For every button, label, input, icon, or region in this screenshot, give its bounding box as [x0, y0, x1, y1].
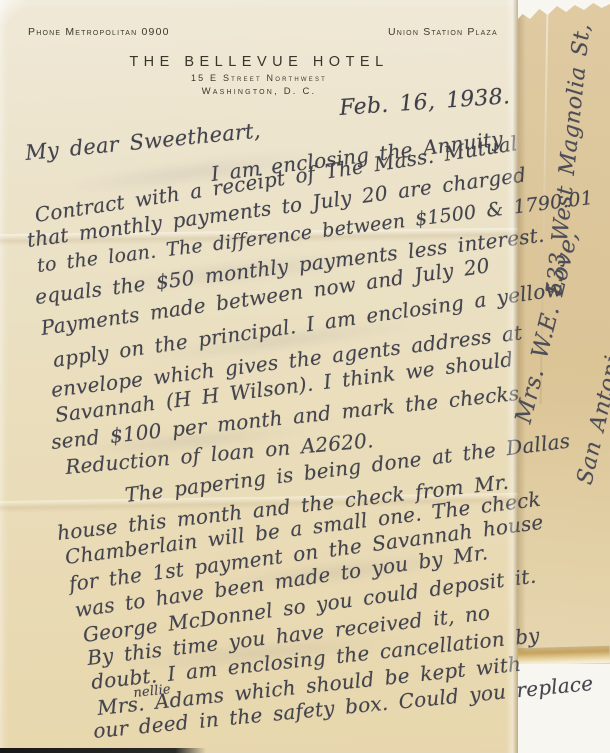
letter-scan: Mrs. W.E. Love, 533 West Magnolia St, Sa… [0, 0, 610, 753]
envelope-fold-edge [517, 646, 610, 666]
scan-edge-strip [0, 748, 206, 753]
letterhead-street: 15 E Street Northwest [99, 73, 419, 83]
letterhead-hotel-name: THE BELLEVUE HOTEL [99, 54, 419, 70]
page-corner-highlight [0, 0, 26, 26]
letterhead-plaza: Union Station Plaza [388, 26, 498, 38]
letterhead-phone: Phone Metropolitan 0900 [28, 26, 170, 38]
letter-page: Phone Metropolitan 0900 Union Station Pl… [0, 0, 518, 753]
letter-line: My dear Sweetheart, [24, 118, 261, 165]
letter-right-edge [506, 0, 518, 753]
